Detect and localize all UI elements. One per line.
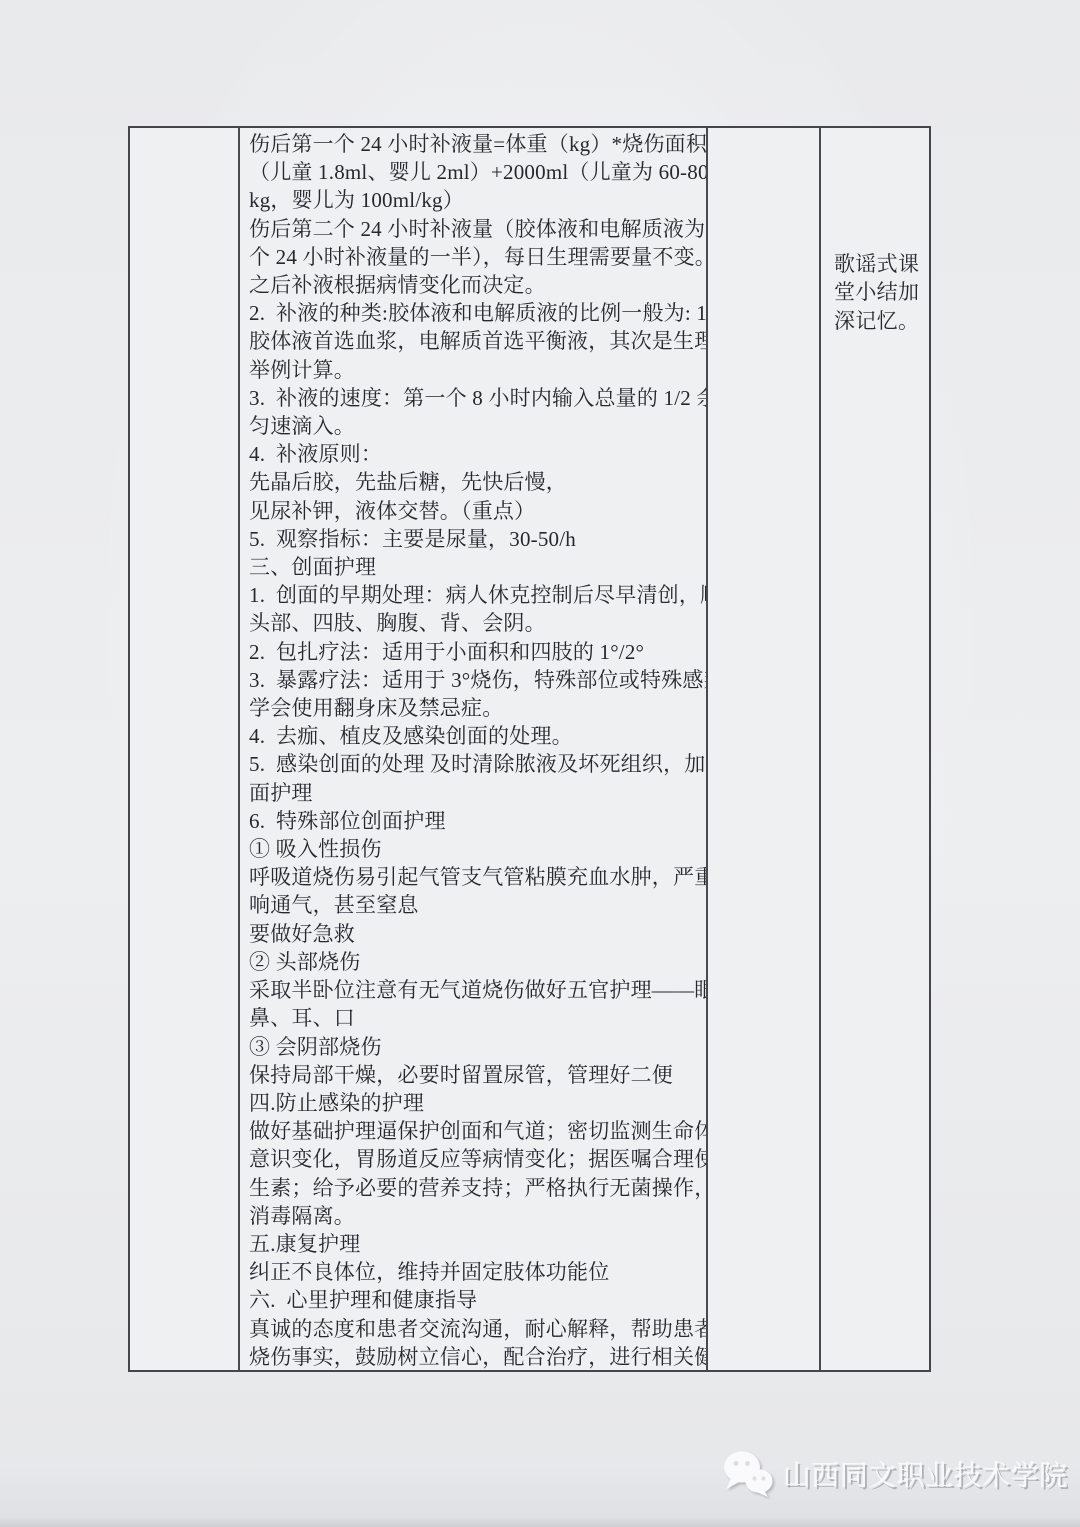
content-text-line: 1. 创面的早期处理：病人休克控制后尽早清创，顺序 [249,581,702,609]
content-text-line: 保持局部干燥，必要时留置尿管，管理好二便 [249,1061,702,1089]
content-text-line: 伤后第二个 24 小时补液量（胶体液和电解质液为第一 [249,215,702,243]
content-text-line: 五.康复护理 [249,1230,702,1258]
content-text-line: 2. 包扎疗法：适用于小面积和四肢的 1°/2° [249,638,702,666]
content-text-line: 做好基础护理逼保护创面和气道；密切监测生命体征， [249,1117,702,1145]
content-text-line: 面护理 [249,779,702,807]
content-text-line: 学会使用翻身床及禁忌症。 [249,694,702,722]
content-text-line: 3. 暴露疗法：适用于 3°烧伤，特殊部位或特殊感染， [249,666,702,694]
content-text-line: 采取半卧位注意有无气道烧伤做好五官护理——眼、 [249,976,702,1004]
teaching-content-text: 伤后第一个 24 小时补液量=体重（kg）*烧伤面积*1.5ml（儿童 1.8m… [249,130,702,1370]
content-text-line: 之后补液根据病情变化而决定。 [249,271,702,299]
content-text-line: 烧伤事实，鼓励树立信心，配合治疗，进行相关健康指 [249,1343,702,1370]
lesson-plan-table: 伤后第一个 24 小时补液量=体重（kg）*烧伤面积*1.5ml（儿童 1.8m… [128,126,931,1372]
content-text-line: 4. 去痂、植皮及感染创面的处理。 [249,722,702,750]
remark-note-text: 歌谣式课堂小结加深记忆。 [834,250,919,335]
content-text-line: kg，婴儿为 100ml/kg） [249,186,702,214]
wechat-icon [722,1450,774,1498]
content-text-line: 三、创面护理 [249,553,702,581]
content-text-line: 匀速滴入。 [249,412,702,440]
content-text-line: 消毒隔离。 [249,1202,702,1230]
content-text-line: 鼻、耳、口 [249,1004,702,1032]
content-text-line: 2. 补液的种类:胶体液和电解质液的比例一般为: 1:2， [249,299,702,327]
content-text-line: 3. 补液的速度：第一个 8 小时内输入总量的 1/2 余量 [249,384,702,412]
table-column-teaching-content: 伤后第一个 24 小时补液量=体重（kg）*烧伤面积*1.5ml（儿童 1.8m… [240,128,708,1370]
content-text-line: 四.防止感染的护理 [249,1089,702,1117]
content-text-line: ② 头部烧伤 [249,948,702,976]
scanned-document-page: 伤后第一个 24 小时补液量=体重（kg）*烧伤面积*1.5ml（儿童 1.8m… [0,0,1080,1527]
content-text-line: 要做好急救 [249,920,702,948]
content-text-line: 真诚的态度和患者交流沟通，耐心解释，帮助患者面对 [249,1315,702,1343]
scan-bottom-shadow [0,1517,1080,1527]
content-text-line: 头部、四肢、胸腹、背、会阴。 [249,609,702,637]
content-text-line: ① 吸入性损伤 [249,835,702,863]
content-text-line: 六. 心里护理和健康指导 [249,1286,702,1314]
table-column-left-empty [130,128,240,1370]
content-text-line: 4. 补液原则： [249,440,702,468]
content-text-line: 呼吸道烧伤易引起气管支气管粘膜充血水肿，严重时影 [249,863,702,891]
content-text-line: 个 24 小时补液量的一半），每日生理需要量不变。 [249,243,702,271]
content-text-line: 5. 观察指标：主要是尿量，30-50/h [249,525,702,553]
content-text-line: 见尿补钾，液体交替。（重点） [249,497,702,525]
content-text-line: 5. 感染创面的处理 及时清除脓液及坏死组织，加强创 [249,750,702,778]
content-text-line: 生素；给予必要的营养支持；严格执行无菌操作，做好 [249,1174,702,1202]
remark-text-line: 堂小结加 [834,278,919,306]
watermark: 山西同文职业技术学院 [722,1450,1068,1498]
content-text-line: 响通气，甚至窒息 [249,891,702,919]
watermark-text: 山西同文职业技术学院 [783,1454,1068,1494]
content-text-line: 纠正不良体位，维持并固定肢体功能位 [249,1258,702,1286]
remark-text-line: 歌谣式课 [834,250,919,278]
content-text-line: 举例计算。 [249,356,702,384]
remark-text-line: 深记忆。 [834,307,919,335]
content-text-line: 伤后第一个 24 小时补液量=体重（kg）*烧伤面积*1.5ml [249,130,702,158]
content-text-line: 胶体液首选血浆，电解质首选平衡液，其次是生理盐水。 [249,327,702,355]
table-column-remark: 歌谣式课堂小结加深记忆。 [821,128,929,1370]
content-text-line: （儿童 1.8ml、婴儿 2ml）+2000ml（儿童为 60-80ml/ [249,158,702,186]
table-column-middle-empty [708,128,821,1370]
content-text-line: 先晶后胶，先盐后糖，先快后慢， [249,468,702,496]
content-text-line: 6. 特殊部位创面护理 [249,807,702,835]
content-text-line: 意识变化，胃肠道反应等病情变化；据医嘱合理使用抗 [249,1145,702,1173]
content-text-line: ③ 会阴部烧伤 [249,1033,702,1061]
